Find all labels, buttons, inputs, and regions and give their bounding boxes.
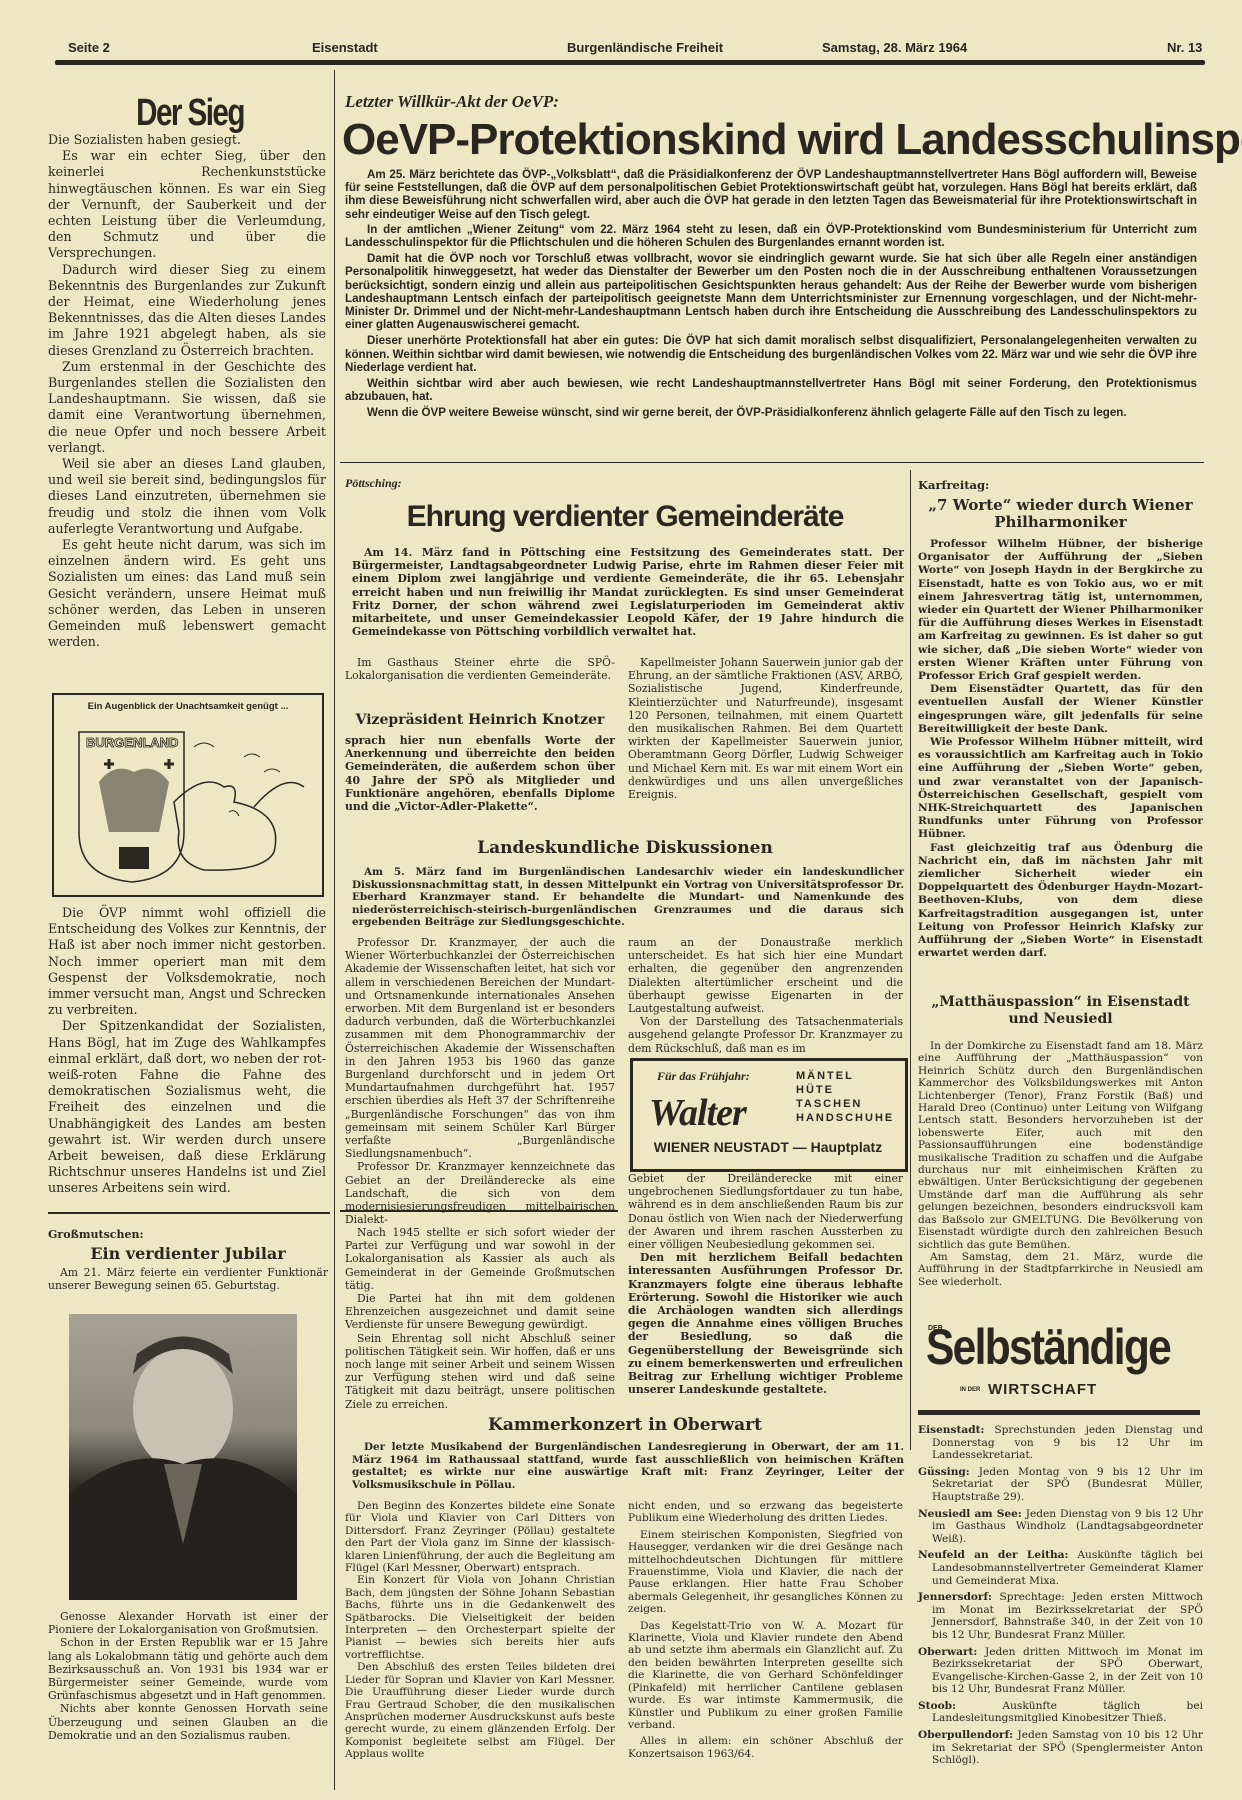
- editorial-body-continued: Die ÖVP nimmt wohl offiziell die Entsche…: [48, 905, 326, 1197]
- landeskunde-lead: Am 5. März fand im Burgenländischen Land…: [352, 866, 904, 929]
- masthead-city: Eisenstadt: [312, 40, 378, 55]
- jubilar-body-continued: Nach 1945 stellte er sich sofort wieder …: [345, 1226, 615, 1411]
- karfreitag-body: Professor Wilhelm Hübner, der bisherige …: [918, 538, 1203, 961]
- landeskunde-col2: raum an der Donaustraße merklich untersc…: [628, 936, 903, 1055]
- paragraph: Am 14. März fand in Pöttsching eine Fest…: [352, 546, 904, 638]
- portrait-man-icon: [69, 1314, 297, 1600]
- entry-place: Oberpullendorf:: [918, 1729, 1013, 1741]
- paragraph: Nichts aber konnte Genossen Horvath sein…: [48, 1702, 328, 1742]
- cartoon-caption: Ein Augenblick der Unachtsamkeit genügt …: [54, 701, 322, 712]
- section-divider: [48, 1212, 330, 1214]
- paragraph: Gebiet der Dreiländerecke mit einer unge…: [628, 1172, 903, 1251]
- entry-place: Güssing:: [918, 1466, 970, 1478]
- section-divider: [340, 462, 1204, 463]
- paragraph: Am 25. März berichtete das ÖVP-„Volksbla…: [345, 168, 1197, 221]
- column-divider: [910, 470, 911, 1450]
- selbstaendige-post: WIRTSCHAFT: [988, 1381, 1097, 1398]
- paragraph: Es geht heute nicht darum, was sich im e…: [48, 537, 326, 650]
- lead-headline: OeVP-Protektionskind wird Landesschulins…: [342, 115, 1202, 165]
- paragraph: Zum erstenmal in der Geschichte des Burg…: [48, 359, 326, 456]
- paragraph: Professor Dr. Kranzmayer, der auch die W…: [345, 936, 615, 1160]
- paragraph: Fast gleichzeitig traf aus Ödenburg die …: [918, 842, 1203, 961]
- paragraph: Dem Eisenstädter Quartett, das für den e…: [918, 683, 1203, 736]
- ad-item: HÜTE: [796, 1083, 894, 1097]
- paragraph: Dadurch wird dieser Sieg zu einem Bekenn…: [48, 262, 326, 359]
- list-item: Eisenstadt: Sprechstunden jeden Dienstag…: [918, 1424, 1203, 1462]
- entry-place: Jennersdorf:: [918, 1591, 992, 1603]
- entry-place: Eisenstadt:: [918, 1424, 984, 1436]
- ehrung-col1b: sprach hier nun ebenfalls Worte der Aner…: [345, 734, 615, 813]
- list-item: Neufeld an der Leitha: Auskünfte täglich…: [918, 1549, 1203, 1587]
- kammerkonzert-lead: Der letzte Musikabend der Burgenländisch…: [352, 1441, 904, 1491]
- paragraph: Von der Darstellung des Tatsachenmateria…: [628, 1015, 903, 1055]
- entry-place: Neusiedl am See:: [918, 1508, 1022, 1520]
- ehrung-subhead: Vizepräsident Heinrich Knotzer: [345, 712, 615, 728]
- paragraph: Dieser unerhörte Protektionsfall hat abe…: [345, 334, 1197, 374]
- paragraph: Am Samstag, dem 21. März, wurde die Auff…: [918, 1251, 1203, 1288]
- paragraph: Am 21. März feierte ein verdienter Funkt…: [48, 1266, 328, 1292]
- paragraph: Den mit herzlichem Beifall bedachten int…: [628, 1251, 903, 1396]
- lead-kicker: Letzter Willkür-Akt der OeVP:: [345, 92, 559, 112]
- paragraph: Weil sie aber an dieses Land glauben, un…: [48, 456, 326, 537]
- list-item: Stoob: Auskünfte täglich bei Landesleitu…: [918, 1700, 1203, 1725]
- paragraph: Weithin sichtbar wird aber auch bewiesen…: [345, 377, 1197, 403]
- entry-place: Stoob:: [918, 1700, 956, 1712]
- paragraph: sprach hier nun ebenfalls Worte der Aner…: [345, 734, 615, 813]
- paragraph: Die ÖVP nimmt wohl offiziell die Entsche…: [48, 905, 326, 1018]
- karfreitag-kicker: Karfreitag:: [918, 478, 989, 492]
- ad-address: WIENER NEUSTADT — Hauptplatz: [643, 1139, 893, 1155]
- landeskunde-col1: Professor Dr. Kranzmayer, der auch die W…: [345, 936, 615, 1226]
- paragraph: Damit hat die ÖVP noch vor Torschluß etw…: [345, 252, 1197, 331]
- paragraph: Sein Ehrentag soll nicht Abschluß seiner…: [345, 1332, 615, 1411]
- lead-body: Am 25. März berichtete das ÖVP-„Volksbla…: [345, 168, 1197, 420]
- column-divider: [334, 70, 335, 1790]
- paragraph: Professor Wilhelm Hübner, der bisherige …: [918, 538, 1203, 683]
- ehrung-col2: Kapellmeister Johann Sauerwein junior ga…: [628, 656, 903, 801]
- paragraph: Am 5. März fand im Burgenländischen Land…: [352, 866, 904, 929]
- paragraph: Es war ein echter Sieg, über den keinerl…: [48, 148, 326, 261]
- list-item: Oberwart: Jeden dritten Mittwoch im Mona…: [918, 1646, 1203, 1696]
- entry-text: Jeden Montag von 9 bis 12 Uhr im Sekreta…: [932, 1466, 1203, 1503]
- list-item: Jennersdorf: Sprechtage: Jeden ersten Mi…: [918, 1591, 1203, 1641]
- list-item: Neusiedl am See: Jeden Dienstag von 9 bi…: [918, 1508, 1203, 1546]
- jubilar-kicker: Großmutschen:: [48, 1228, 144, 1241]
- editorial-title: Der Sieg: [89, 92, 292, 135]
- paragraph: Professor Dr. Kranzmayer kennzeichnete d…: [345, 1160, 615, 1226]
- selbstaendige-title: Selbständige: [926, 1318, 1170, 1376]
- paragraph: Im Gasthaus Steiner ehrte die SPÖ-Lokalo…: [345, 656, 615, 682]
- ehrung-headline: Ehrung verdienter Gemeinderäte: [345, 500, 905, 534]
- ad-item: MÄNTEL: [796, 1069, 894, 1083]
- selbstaendige-post-small: IN DER: [960, 1387, 980, 1393]
- paragraph: Einem steirischen Komponisten, Siegfried…: [628, 1529, 903, 1616]
- ehrung-lead: Am 14. März fand in Pöttsching eine Fest…: [352, 546, 904, 638]
- jubilar-lead: Am 21. März feierte ein verdienter Funkt…: [48, 1266, 328, 1292]
- section-divider: [340, 1210, 618, 1212]
- portrait-photo: [69, 1314, 297, 1600]
- kammerkonzert-col1: Den Beginn des Konzertes bildete eine So…: [345, 1500, 615, 1761]
- landeskunde-col2-continued: Gebiet der Dreiländerecke mit einer unge…: [628, 1172, 903, 1396]
- paragraph: Der Spitzenkandidat der Sozialisten, Han…: [48, 1018, 326, 1196]
- paragraph: Den Beginn des Konzertes bildete eine So…: [345, 1500, 615, 1574]
- ad-items: MÄNTEL HÜTE TASCHEN HANDSCHUHE: [796, 1069, 894, 1125]
- paragraph: raum an der Donaustraße merklich untersc…: [628, 936, 903, 1015]
- paragraph: Alles in allem: ein schöner Abschluß der…: [628, 1735, 903, 1760]
- paragraph: nicht enden, und so erzwang das begeiste…: [628, 1500, 903, 1525]
- section-divider: [918, 1410, 1200, 1415]
- landeskunde-headline: Landeskundliche Diskussionen: [345, 838, 905, 858]
- list-item: Güssing: Jeden Montag von 9 bis 12 Uhr i…: [918, 1466, 1203, 1504]
- paragraph: Das Kegelstatt-Trio von W. A. Mozart für…: [628, 1620, 903, 1732]
- svg-text:BURGENLAND: BURGENLAND: [86, 735, 178, 750]
- paragraph: Wenn die ÖVP weitere Beweise wünscht, si…: [345, 406, 1197, 419]
- matthaeus-headline: „Matthäuspassion“ in Eisenstadt und Neus…: [918, 994, 1203, 1028]
- entry-place: Neufeld an der Leitha:: [918, 1549, 1068, 1561]
- ad-item: TASCHEN: [796, 1097, 894, 1111]
- jubilar-headline: Ein verdienter Jubilar: [48, 1244, 328, 1263]
- walter-advertisement: Für das Frühjahr: Walter MÄNTEL HÜTE TAS…: [630, 1058, 908, 1172]
- paragraph: Nach 1945 stellte er sich sofort wieder …: [345, 1226, 615, 1292]
- masthead-date: Samstag, 28. März 1964: [822, 40, 967, 55]
- entry-text: Auskünfte täglich bei Landesleitungsmitg…: [932, 1700, 1203, 1725]
- sprechstunden-list: Eisenstadt: Sprechstunden jeden Dienstag…: [918, 1424, 1203, 1771]
- political-cartoon: Ein Augenblick der Unachtsamkeit genügt …: [52, 693, 324, 897]
- jubilar-body: Genosse Alexander Horvath ist einer der …: [48, 1610, 328, 1742]
- masthead: Seite 2 Eisenstadt Burgenländische Freih…: [62, 40, 1202, 56]
- kammerkonzert-headline: Kammerkonzert in Oberwart: [345, 1415, 905, 1435]
- paragraph: In der Domkirche zu Eisenstadt fand am 1…: [918, 1040, 1203, 1251]
- paragraph: Schon in der Ersten Republik war er 15 J…: [48, 1636, 328, 1702]
- ehrung-col1: Im Gasthaus Steiner ehrte die SPÖ-Lokalo…: [345, 656, 615, 682]
- list-item: Oberpullendorf: Jeden Samstag von 10 bis…: [918, 1729, 1203, 1767]
- ad-tagline: Für das Frühjahr:: [657, 1069, 750, 1084]
- editorial-body: Die Sozialisten haben gesiegt. Es war ei…: [48, 132, 326, 651]
- ad-item: HANDSCHUHE: [796, 1111, 894, 1125]
- ehrung-kicker: Pöttsching:: [345, 476, 402, 491]
- masthead-rule: [55, 60, 1205, 65]
- paragraph: Den Abschluß des ersten Teiles bildeten …: [345, 1661, 615, 1760]
- entry-place: Oberwart:: [918, 1646, 977, 1658]
- paragraph: Die Partei hat ihn mit dem goldenen Ehre…: [345, 1292, 615, 1332]
- paragraph: In der amtlichen „Wiener Zeitung“ vom 22…: [345, 223, 1197, 249]
- paragraph: Ein Konzert für Viola von Johann Christi…: [345, 1574, 615, 1661]
- masthead-paper-name: Burgenländische Freiheit: [567, 40, 723, 55]
- paragraph: Die Sozialisten haben gesiegt.: [48, 132, 326, 148]
- karfreitag-headline: „7 Worte“ wieder durch Wiener Philharmon…: [918, 497, 1203, 531]
- page-number: Seite 2: [68, 40, 110, 55]
- paragraph: Der letzte Musikabend der Burgenländisch…: [352, 1441, 904, 1491]
- matthaeus-body: In der Domkirche zu Eisenstadt fand am 1…: [918, 1040, 1203, 1288]
- paragraph: Wie Professor Wilhelm Hübner mitteilt, w…: [918, 736, 1203, 842]
- eagle-fox-drawing-icon: BURGENLAND: [54, 712, 322, 887]
- issue-number: Nr. 13: [1167, 40, 1202, 55]
- ad-brand: Walter: [649, 1091, 746, 1135]
- paragraph: Genosse Alexander Horvath ist einer der …: [48, 1610, 328, 1636]
- kammerkonzert-col2: nicht enden, und so erzwang das begeiste…: [628, 1500, 903, 1760]
- paragraph: Kapellmeister Johann Sauerwein junior ga…: [628, 656, 903, 801]
